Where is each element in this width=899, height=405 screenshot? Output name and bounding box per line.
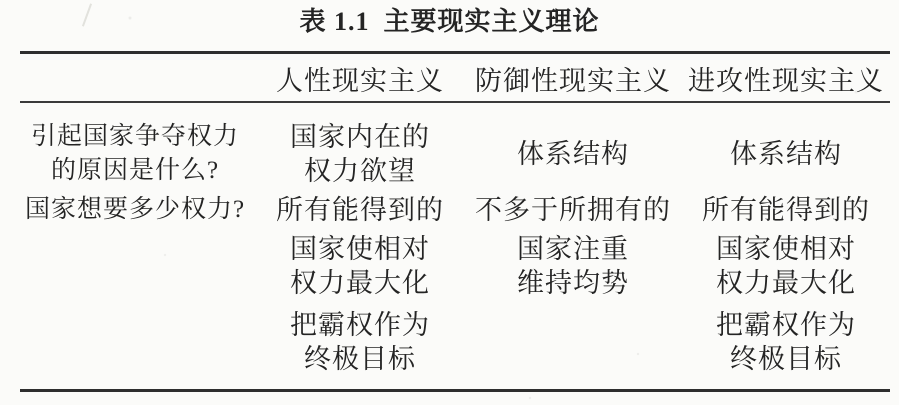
cell-q2-offensive-c: 把霸权作为 终极目标 — [676, 308, 896, 376]
cell-line: 国家使相对 — [250, 232, 470, 266]
column-header-label: 进攻性现实主义 — [688, 66, 884, 96]
cell-line: 权力欲望 — [250, 154, 470, 188]
cell-q1-human-nature: 国家内在的 权力欲望 — [250, 120, 470, 188]
cell-line: 体系结构 — [676, 137, 896, 171]
table-title-text: 主要现实主义理论 — [384, 7, 600, 36]
cell-line: 所有能得到的 — [250, 193, 470, 227]
cell-line: 国家内在的 — [250, 120, 470, 154]
cell-line: 把霸权作为 — [250, 308, 470, 342]
column-header-human-nature-realism: 人性现实主义 — [250, 64, 470, 98]
column-header-defensive-realism: 防御性现实主义 — [463, 64, 683, 98]
cell-line: 权力最大化 — [250, 266, 470, 300]
cell-line: 的原因是什么? — [20, 154, 250, 188]
table-header-rule — [20, 101, 890, 103]
cell-line: 所有能得到的 — [676, 193, 896, 227]
cell-q2-defensive-a: 不多于所拥有的 — [463, 193, 683, 227]
cell-line: 体系结构 — [463, 137, 683, 171]
cell-q2-human-nature-b: 国家使相对 权力最大化 — [250, 232, 470, 300]
cell-line: 终极目标 — [676, 342, 896, 376]
table-title: 表 1.1主要现实主义理论 — [0, 7, 899, 37]
cell-q2-human-nature-c: 把霸权作为 终极目标 — [250, 308, 470, 376]
book-page-table: 表 1.1主要现实主义理论 人性现实主义 防御性现实主义 进攻性现实主义 引起国… — [0, 0, 899, 405]
column-header-label: 防御性现实主义 — [475, 66, 671, 96]
cell-q1-offensive: 体系结构 — [676, 137, 896, 171]
cell-q2-offensive-b: 国家使相对 权力最大化 — [676, 232, 896, 300]
cell-line: 维持均势 — [463, 266, 683, 300]
table-bottom-rule — [20, 389, 890, 392]
cell-line: 权力最大化 — [676, 266, 896, 300]
cell-q2-human-nature-a: 所有能得到的 — [250, 193, 470, 227]
cell-q2-offensive-a: 所有能得到的 — [676, 193, 896, 227]
cell-question-1: 引起国家争夺权力 的原因是什么? — [20, 120, 250, 188]
table-number: 表 1.1 — [299, 7, 369, 36]
cell-line: 终极目标 — [250, 342, 470, 376]
column-header-offensive-realism: 进攻性现实主义 — [676, 64, 896, 98]
cell-line: 把霸权作为 — [676, 308, 896, 342]
cell-q2-defensive-b: 国家注重 维持均势 — [463, 232, 683, 300]
cell-q1-defensive: 体系结构 — [463, 137, 683, 171]
table-top-rule — [20, 51, 890, 54]
cell-line: 国家注重 — [463, 232, 683, 266]
cell-line: 不多于所拥有的 — [463, 193, 683, 227]
cell-line: 国家想要多少权力? — [20, 193, 250, 227]
cell-question-2: 国家想要多少权力? — [20, 193, 250, 227]
column-header-label: 人性现实主义 — [276, 66, 444, 96]
cell-line: 国家使相对 — [676, 232, 896, 266]
cell-line: 引起国家争夺权力 — [20, 120, 250, 154]
